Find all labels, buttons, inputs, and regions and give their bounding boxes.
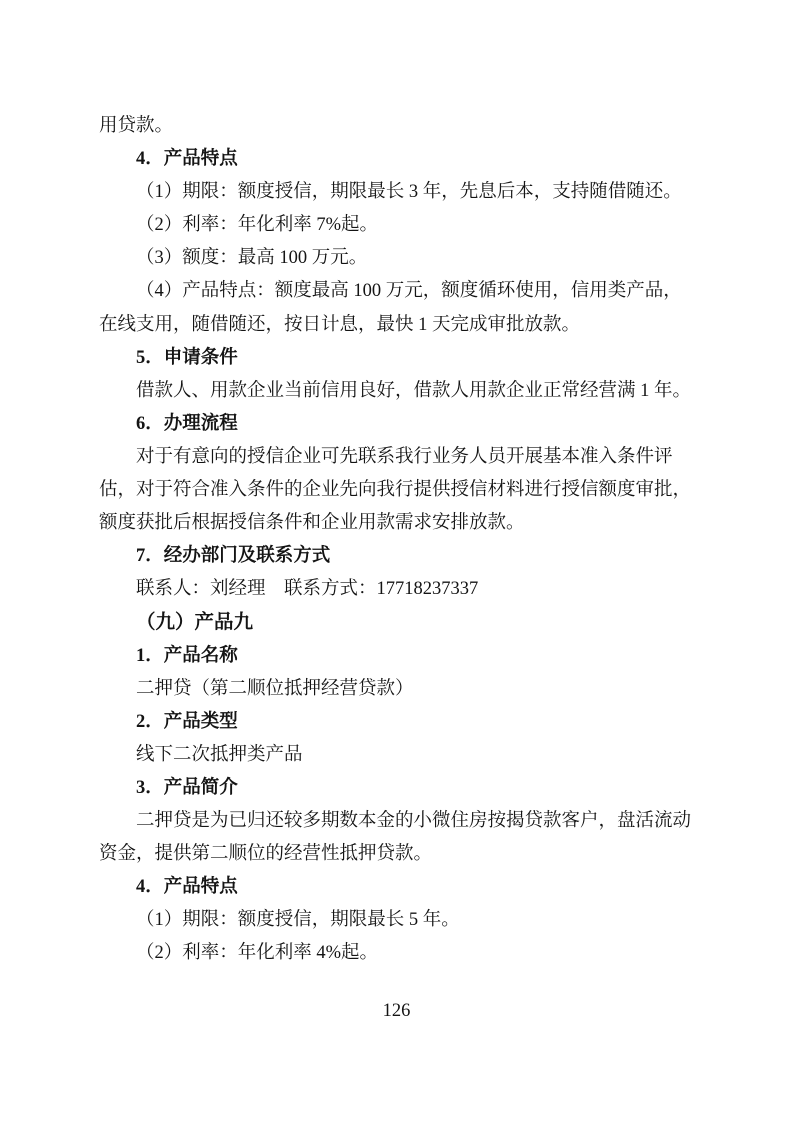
- paragraph-line: 估，对于符合准入条件的企业先向我行提供授信材料进行授信额度审批，: [99, 474, 699, 507]
- paragraph-line: 线下二次抵押类产品: [99, 739, 699, 772]
- paragraph-line: 在线支用，随借随还，按日计息，最快 1 天完成审批放款。: [99, 309, 699, 342]
- paragraph-line: 用贷款。: [99, 110, 699, 143]
- paragraph-line: （3）额度：最高 100 万元。: [99, 242, 699, 275]
- section-heading: 6．办理流程: [99, 408, 699, 441]
- section-heading: 1．产品名称: [99, 640, 699, 673]
- section-heading: 4．产品特点: [99, 143, 699, 176]
- paragraph-line: （1）期限：额度授信，期限最长 3 年，先息后本，支持随借随还。: [99, 176, 699, 209]
- section-heading: 7．经办部门及联系方式: [99, 540, 699, 573]
- section-heading: 5．申请条件: [99, 342, 699, 375]
- paragraph-line: 额度获批后根据授信条件和企业用款需求安排放款。: [99, 507, 699, 540]
- page-number: 126: [0, 1001, 793, 1022]
- subsection-heading: （九）产品九: [99, 606, 699, 639]
- document-text-block: 用贷款。 4．产品特点 （1）期限：额度授信，期限最长 3 年，先息后本，支持随…: [99, 110, 699, 970]
- paragraph-line: 二押贷是为已归还较多期数本金的小微住房按揭贷款客户，盘活流动: [99, 805, 699, 838]
- paragraph-line: 资金，提供第二顺位的经营性抵押贷款。: [99, 838, 699, 871]
- paragraph-line: （2）利率：年化利率 7%起。: [99, 209, 699, 242]
- section-heading: 2．产品类型: [99, 706, 699, 739]
- section-heading: 3．产品简介: [99, 772, 699, 805]
- paragraph-line: （2）利率：年化利率 4%起。: [99, 937, 699, 970]
- section-heading: 4．产品特点: [99, 871, 699, 904]
- paragraph-line: （1）期限：额度授信，期限最长 5 年。: [99, 904, 699, 937]
- paragraph-line: （4）产品特点：额度最高 100 万元，额度循环使用，信用类产品，: [99, 275, 699, 308]
- paragraph-line: 对于有意向的授信企业可先联系我行业务人员开展基本准入条件评: [99, 441, 699, 474]
- paragraph-line: 借款人、用款企业当前信用良好，借款人用款企业正常经营满 1 年。: [99, 375, 699, 408]
- contact-line: 联系人：刘经理 联系方式：17718237337: [99, 573, 699, 606]
- paragraph-line: 二押贷（第二顺位抵押经营贷款）: [99, 673, 699, 706]
